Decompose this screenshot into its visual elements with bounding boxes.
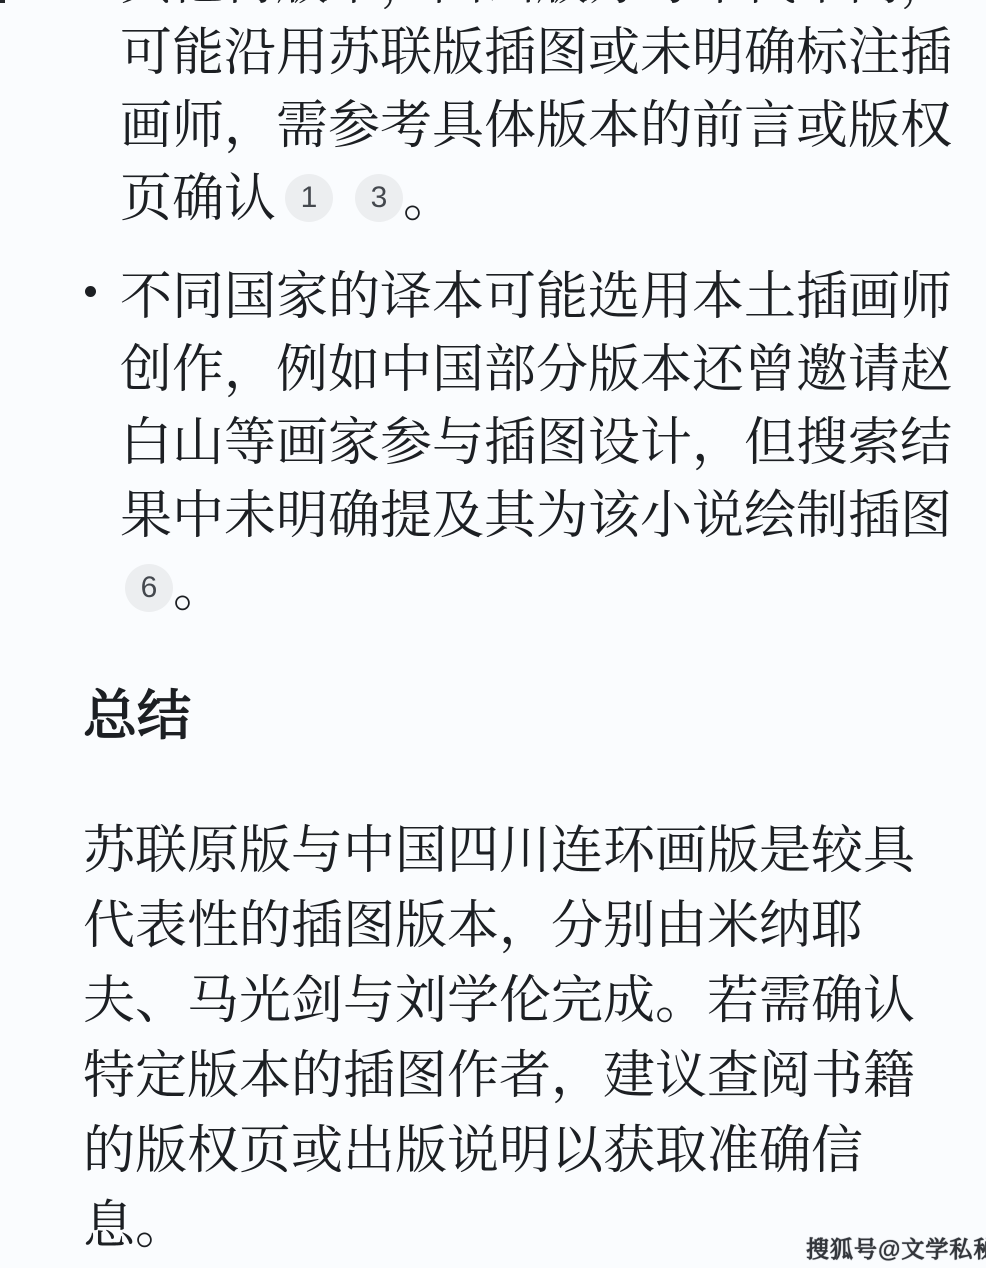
text-line: 果中未明确提及其为该小说绘制插图 <box>120 480 952 553</box>
section-heading: 总结 <box>83 680 191 753</box>
text-line: 息。 <box>83 1189 915 1264</box>
answer-text-page: 其他再版本，因出版方与年代不同， 可能沿用苏联版插图或未明确标注插 画师，需参考… <box>0 0 986 1268</box>
text-line: 特定版本的插图作者，建议查阅书籍 <box>83 1039 915 1114</box>
text-line: 不同国家的译本可能选用本土插画师 <box>120 261 952 334</box>
bullet-continuation-block: 可能沿用苏联版插图或未明确标注插 画师，需参考具体版本的前言或版权 页确认13。 <box>120 17 952 236</box>
text-line: 画师，需参考具体版本的前言或版权 <box>120 90 952 163</box>
bullet-icon <box>85 286 96 297</box>
citation-badge[interactable]: 3 <box>355 174 403 222</box>
clipped-text-run: 其他再版本，因出版方与年代不同， <box>120 0 960 8</box>
text-run: 页确认 <box>120 170 276 228</box>
clipped-text-line: 其他再版本，因出版方与年代不同， <box>120 0 960 9</box>
text-line: 夫、马光剑与刘学伦完成。若需确认 <box>83 964 915 1039</box>
text-run: 。 <box>403 170 455 228</box>
text-line: 可能沿用苏联版插图或未明确标注插 <box>120 17 952 90</box>
text-line: 创作，例如中国部分版本还曾邀请赵 <box>120 334 952 407</box>
text-line-with-citations: 6。 <box>120 553 952 626</box>
text-line-with-citations: 页确认13。 <box>120 163 952 236</box>
text-line: 代表性的插图版本，分别由米纳耶 <box>83 889 915 964</box>
clipped-fragment <box>0 0 5 3</box>
citation-badge[interactable]: 1 <box>285 174 333 222</box>
text-line: 的版权页或出版说明以获取准确信 <box>83 1114 915 1189</box>
summary-paragraph: 苏联原版与中国四川连环画版是较具 代表性的插图版本，分别由米纳耶 夫、马光剑与刘… <box>83 814 915 1264</box>
sohu-watermark: 搜狐号@文学私秘 <box>806 1231 986 1264</box>
bullet-item-block: 不同国家的译本可能选用本土插画师 创作，例如中国部分版本还曾邀请赵 白山等画家参… <box>120 261 952 626</box>
text-line: 苏联原版与中国四川连环画版是较具 <box>83 814 915 889</box>
citation-badge[interactable]: 6 <box>125 564 173 612</box>
text-run: 。 <box>173 560 225 618</box>
text-line: 白山等画家参与插图设计，但搜索结 <box>120 407 952 480</box>
